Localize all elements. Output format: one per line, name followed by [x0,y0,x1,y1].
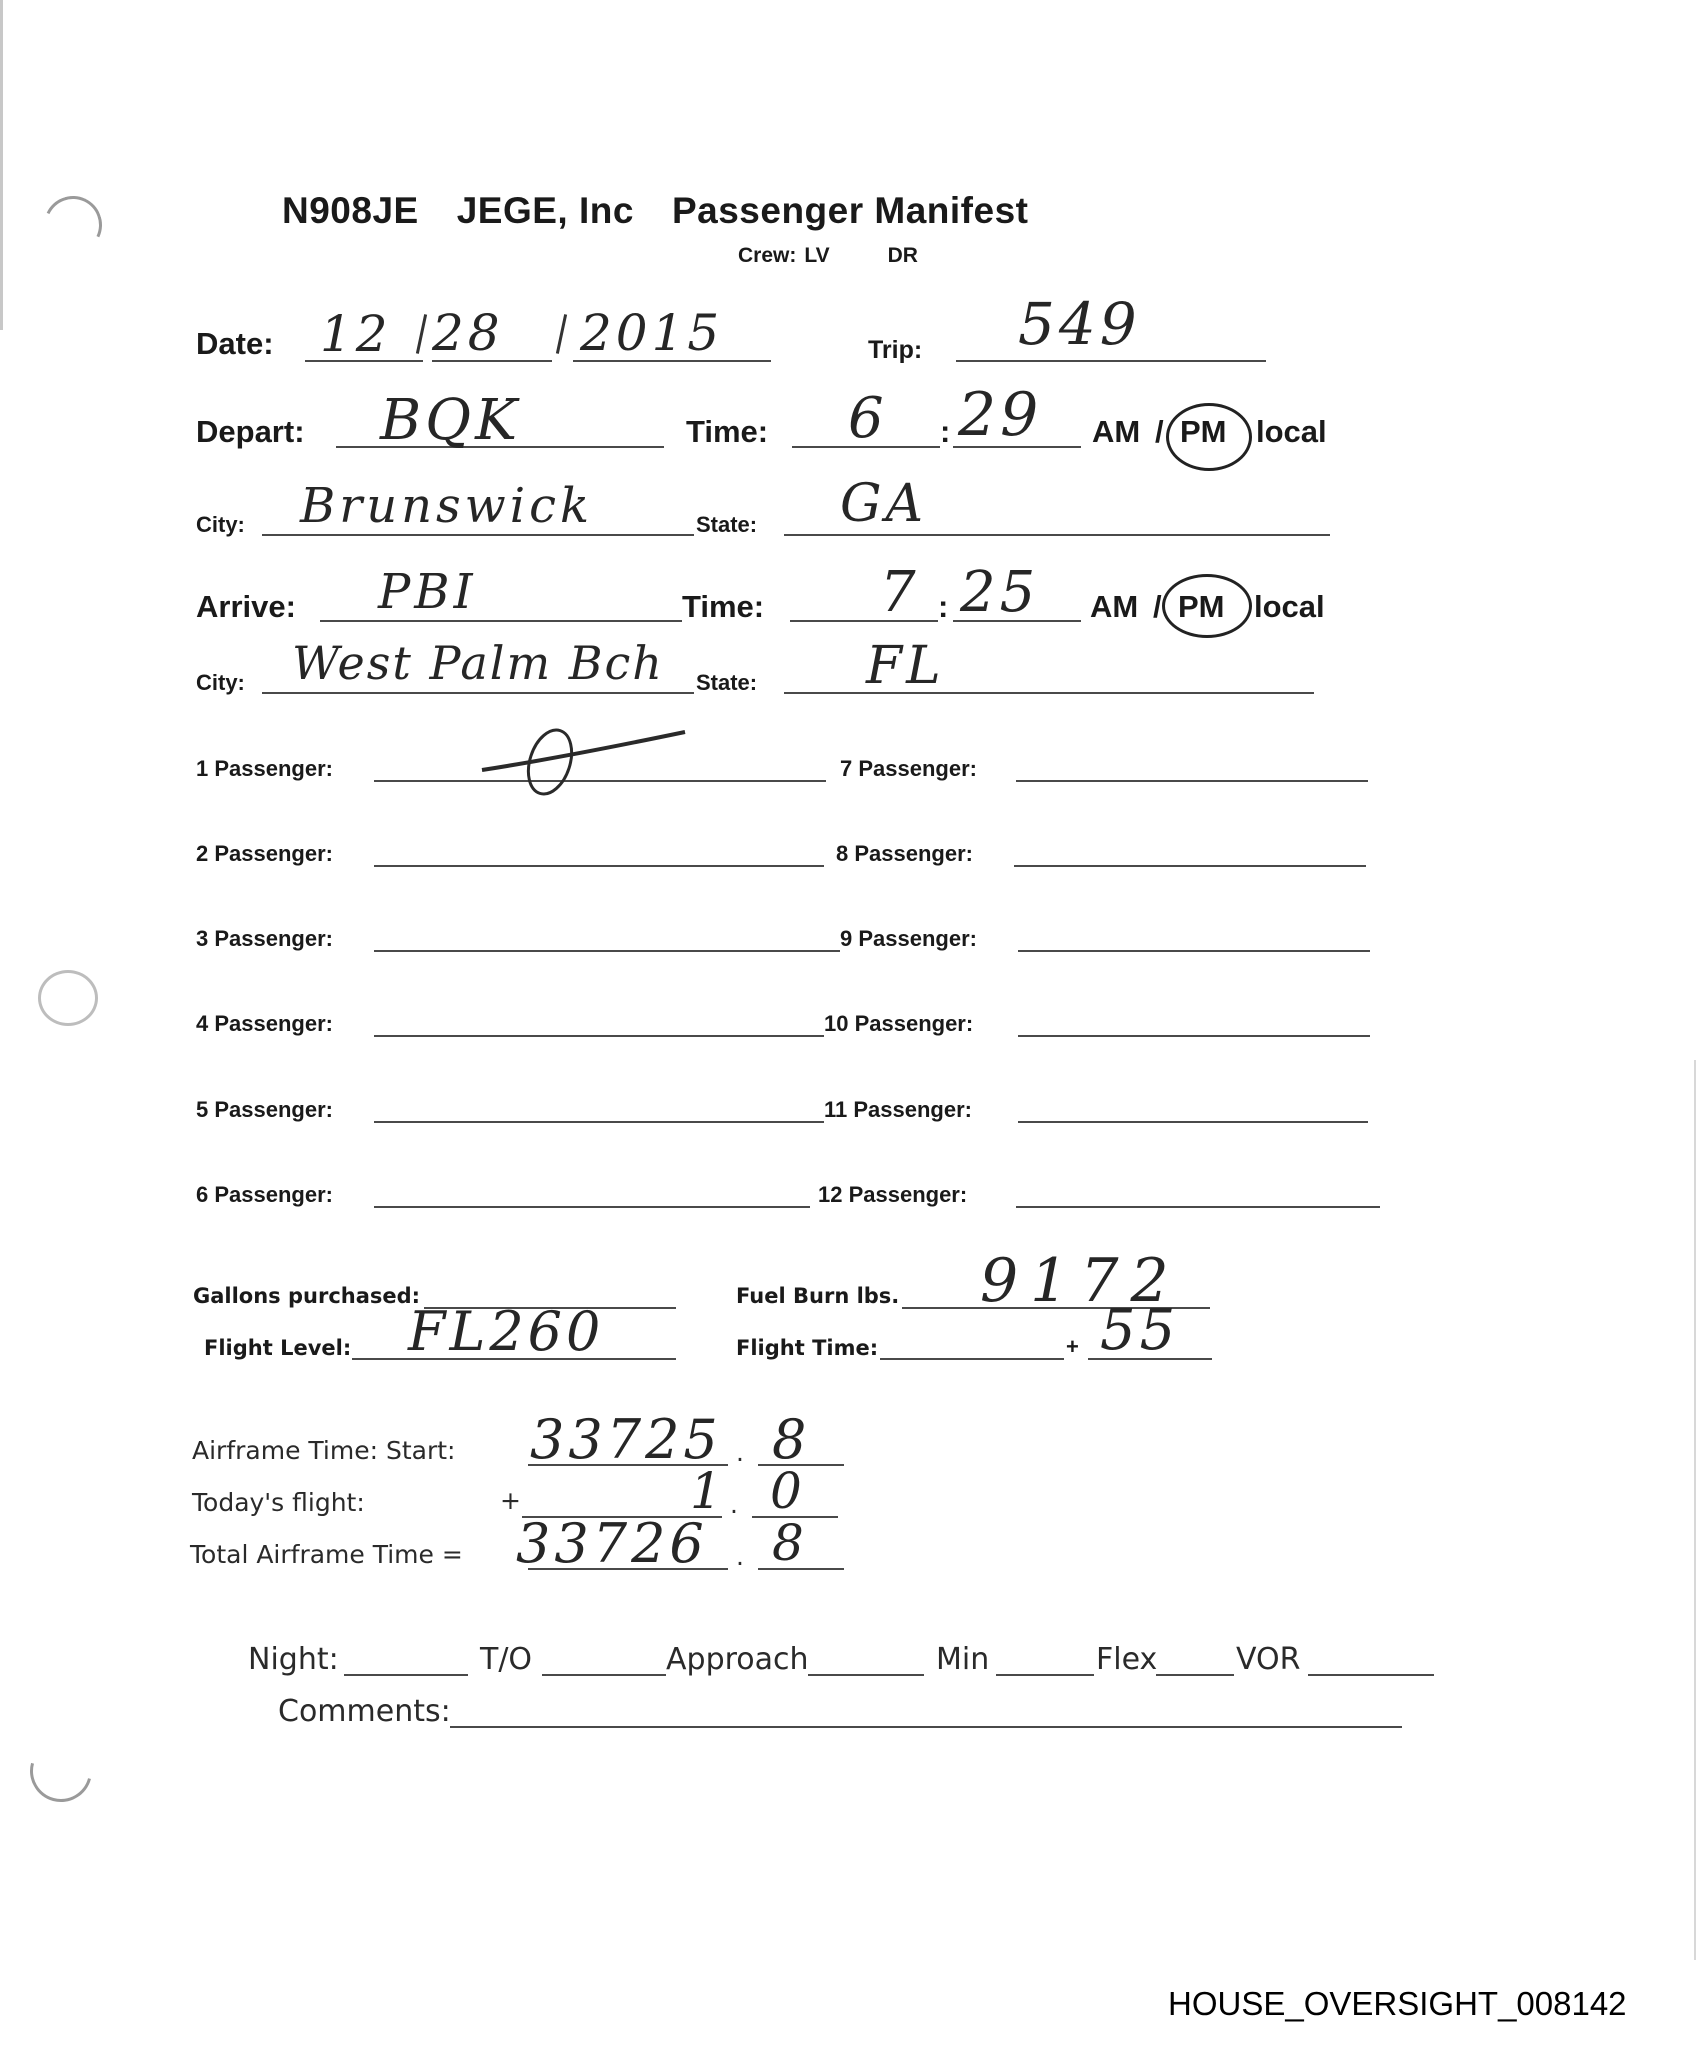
arrive-city-value: West Palm Bch [292,636,664,690]
decimal-point: . [730,1490,738,1519]
pm-selected-circle [1166,403,1252,471]
date-separator [416,314,427,354]
decimal-point: . [736,1438,744,1467]
arrive-time-label: Time: [682,589,764,625]
passenger-11-field[interactable] [1018,1121,1368,1123]
pm-selected-circle [1162,574,1252,638]
arrive-code-value: PBI [378,564,477,620]
scan-edge-right [1694,1060,1696,1960]
approach-field[interactable] [808,1674,924,1676]
depart-am-option[interactable]: AM [1092,414,1140,450]
passenger-8-label: 8 Passenger: [836,841,973,867]
passenger-7-label: 7 Passenger: [840,756,977,782]
crew-member: LV [804,244,829,267]
company-name: JEGE, Inc [457,190,634,231]
decimal-point: . [736,1542,744,1571]
passenger-10-field[interactable] [1018,1035,1370,1037]
flight-time-plus: + [1066,1334,1079,1360]
time-colon: : [938,589,948,625]
trip-number-field[interactable] [956,360,1266,362]
depart-city-label: City: [196,512,245,538]
passenger-11-label: 11 Passenger: [824,1097,972,1123]
comments-field[interactable] [450,1726,1402,1728]
passenger-5-field[interactable] [374,1121,824,1123]
depart-label: Depart: [196,414,305,450]
arrive-local-label: local [1254,589,1325,625]
passenger-4-field[interactable] [374,1035,824,1037]
date-label: Date: [196,326,274,362]
total-airframe-tenth-value: 8 [772,1514,808,1572]
depart-state-field[interactable] [784,534,1330,536]
todays-flight-plus: + [500,1486,521,1515]
depart-state-label: State: [696,512,757,538]
arrive-hour-value: 7 [880,560,920,625]
depart-time-label: Time: [686,414,768,450]
passenger-6-label: 6 Passenger: [196,1182,333,1208]
min-field[interactable] [996,1674,1094,1676]
date-year-value: 2015 [580,304,723,362]
crew-member: DR [888,244,918,267]
ampm-slash: / [1155,414,1164,450]
arrive-state-label: State: [696,670,757,696]
punch-hole-icon [36,188,110,262]
arrive-am-option[interactable]: AM [1090,589,1138,625]
flight-level-label: Flight Level: [204,1336,351,1360]
approach-label: Approach [666,1642,809,1677]
passenger-2-label: 2 Passenger: [196,841,333,867]
passenger-9-label: 9 Passenger: [840,926,977,952]
total-airframe-label: Total Airframe Time = [190,1540,463,1569]
flight-time-label: Flight Time: [736,1336,878,1360]
arrive-code-field[interactable] [320,620,682,622]
arrive-label: Arrive: [196,589,296,625]
passenger-1-label: 1 Passenger: [196,756,333,782]
manifest-title: Passenger Manifest [672,190,1029,231]
flex-field[interactable] [1156,1674,1234,1676]
trip-number-value: 549 [1018,290,1141,358]
arrive-state-value: FL [866,636,945,696]
tail-number: N908JE [282,190,419,231]
passenger-3-field[interactable] [374,950,840,952]
todays-flight-tenth-value: 0 [770,1462,806,1520]
depart-code-value: BQK [380,388,521,453]
gallons-purchased-label: Gallons purchased: [193,1284,420,1308]
passenger-3-label: 3 Passenger: [196,926,333,952]
arrive-state-field[interactable] [784,692,1314,694]
arrive-city-field[interactable] [262,692,694,694]
min-label: Min [936,1642,989,1677]
takeoff-label: T/O [480,1642,532,1677]
date-separator [556,314,567,354]
passenger-9-field[interactable] [1018,950,1370,952]
arrive-city-label: City: [196,670,245,696]
flight-level-value: FL260 [408,1300,604,1363]
passenger-12-label: 12 Passenger: [818,1182,967,1208]
form-title: N908JEJEGE, IncPassenger Manifest [282,190,1028,232]
flight-time-minutes-value: 55 [1100,1298,1179,1363]
fuel-burn-label: Fuel Burn lbs. [736,1284,899,1308]
crew-line: Crew:LVDR [738,244,926,268]
night-field[interactable] [344,1674,468,1676]
depart-state-value: GA [840,474,927,534]
punch-hole-icon [38,970,98,1026]
passenger-5-label: 5 Passenger: [196,1097,333,1123]
depart-minute-value: 29 [958,380,1042,450]
vor-label: VOR [1236,1642,1300,1677]
arrive-minute-value: 25 [960,560,1039,625]
passenger-10-label: 10 Passenger: [824,1011,973,1037]
depart-hour-value: 6 [848,386,888,451]
passenger-7-field[interactable] [1016,780,1368,782]
bates-number: HOUSE_OVERSIGHT_008142 [1168,1985,1627,2023]
passenger-6-field[interactable] [374,1206,810,1208]
date-day-value: 28 [432,304,504,362]
passenger-1-signature-icon [470,720,700,800]
passenger-2-field[interactable] [374,865,824,867]
takeoff-field[interactable] [542,1674,666,1676]
crew-label: Crew: [738,244,796,267]
time-colon: : [940,414,950,450]
flex-label: Flex [1096,1642,1157,1677]
ampm-slash: / [1153,589,1162,625]
comments-label: Comments: [278,1694,451,1729]
date-month-value: 12 [320,305,392,363]
depart-city-value: Brunswick [300,478,593,534]
trip-label: Trip: [868,336,922,365]
scan-edge-left [0,0,3,330]
vor-field[interactable] [1308,1674,1434,1676]
todays-flight-label: Today's flight: [192,1488,365,1517]
night-label: Night: [248,1642,339,1677]
punch-hole-icon [19,1729,104,1814]
depart-city-field[interactable] [262,534,694,536]
passenger-4-label: 4 Passenger: [196,1011,333,1037]
passenger-12-field[interactable] [1016,1206,1380,1208]
airframe-start-label: Airframe Time: Start: [192,1436,455,1465]
depart-local-label: local [1256,414,1327,450]
passenger-8-field[interactable] [1014,865,1366,867]
total-airframe-whole-value: 33726 [516,1512,708,1575]
flight-time-hours-field[interactable] [880,1358,1064,1360]
